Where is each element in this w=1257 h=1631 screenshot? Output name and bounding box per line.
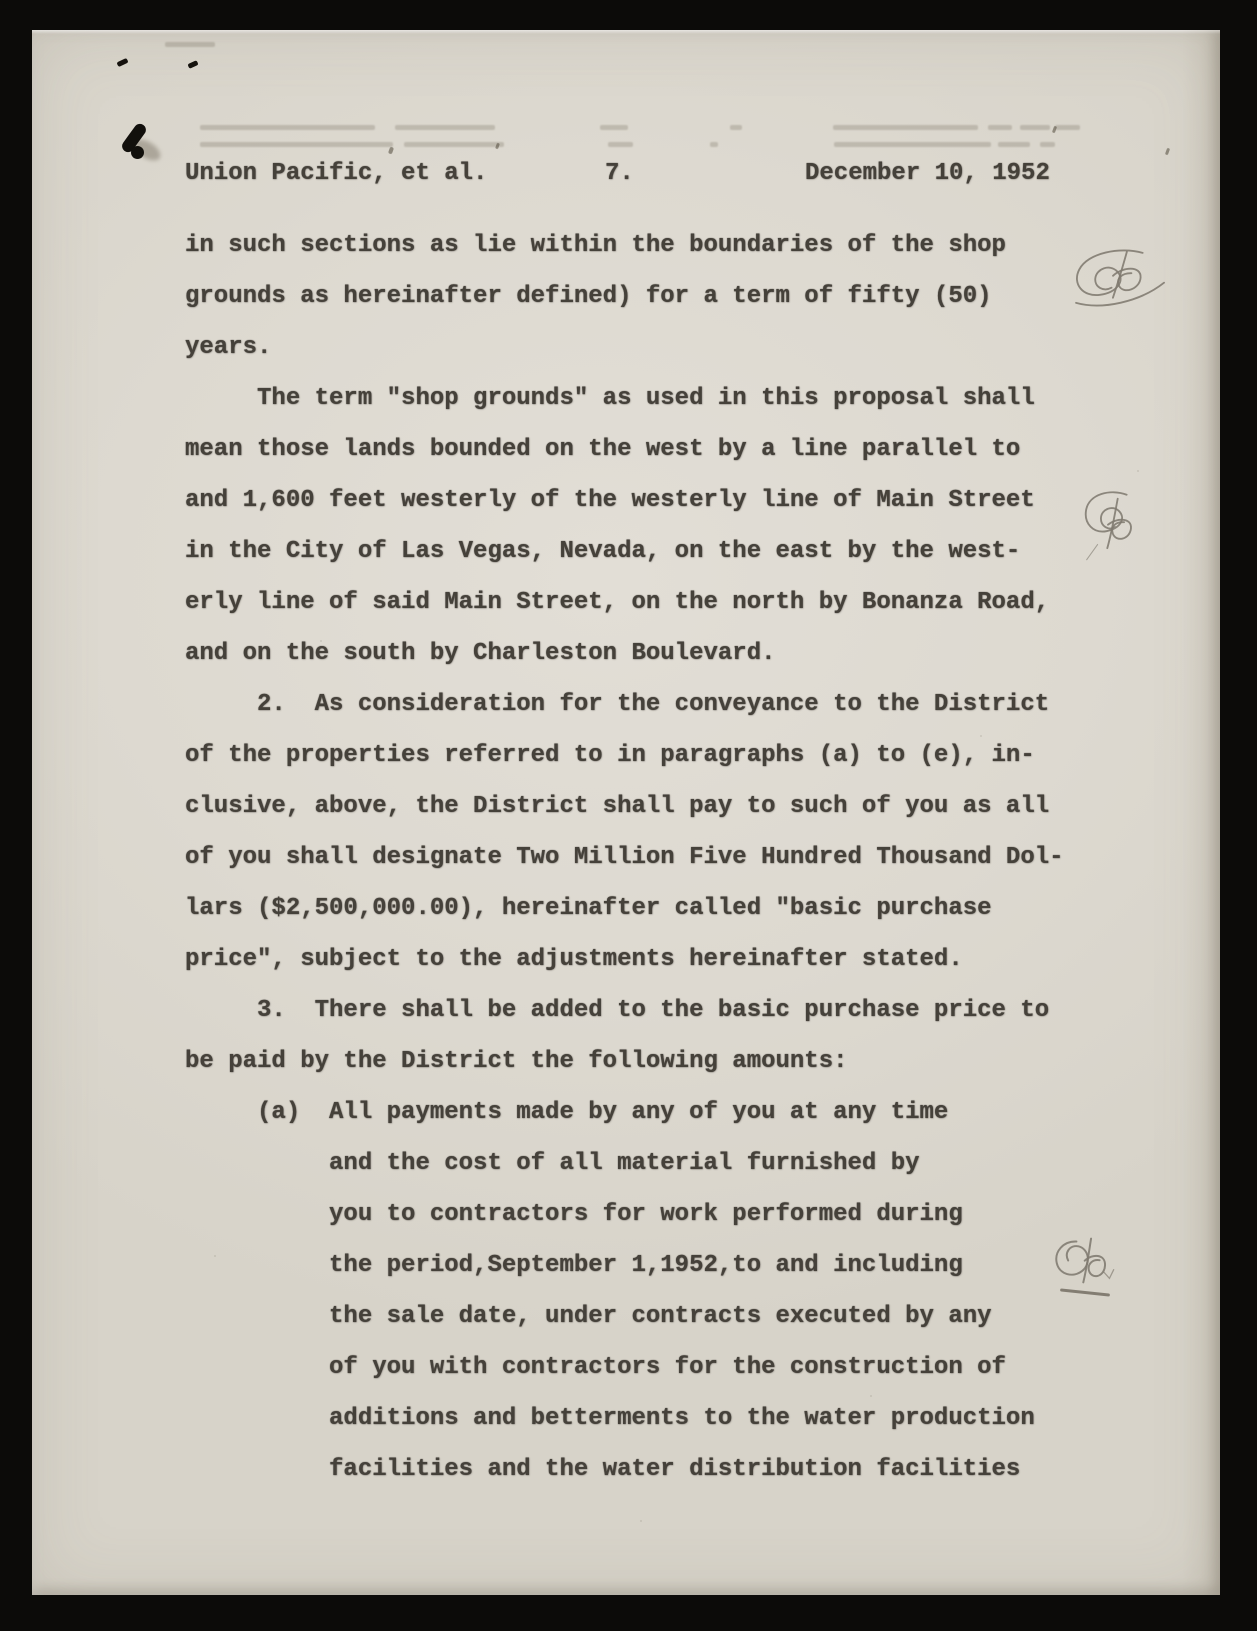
ghost-punctuation-speck <box>388 147 394 155</box>
typewritten-line: and on the south by Charleston Boulevard… <box>185 628 1064 679</box>
typewritten-line: (a) All payments made by any of you at a… <box>185 1087 1064 1138</box>
pencil-ok-annotation-3 <box>1048 1227 1119 1293</box>
ghost-text-fragment <box>998 142 1030 147</box>
ghost-text-fragment <box>600 125 628 130</box>
ghost-text-fragment <box>1020 125 1050 130</box>
ghost-text-fragment <box>730 125 742 130</box>
typewritten-line: 2. As consideration for the conveyance t… <box>185 679 1064 730</box>
typewritten-line: of the properties referred to in paragra… <box>185 730 1064 781</box>
ghost-text-fragment <box>988 125 1012 130</box>
ghost-text-fragment <box>404 142 504 147</box>
typewritten-line: the period,September 1,1952,to and inclu… <box>185 1240 1064 1291</box>
document-page: Union Pacific, et al. 7. December 10, 19… <box>32 30 1220 1595</box>
paper-right-edge-shading <box>1182 30 1220 1595</box>
ghost-text-fragment <box>1055 125 1080 130</box>
typewritten-line: erly line of said Main Street, on the no… <box>185 577 1064 628</box>
typewritten-line: in such sections as lie within the bound… <box>185 220 1064 271</box>
ghost-text-fragment <box>710 142 718 147</box>
document-date: December 10, 1952 <box>805 162 1050 186</box>
ghost-punctuation-speck <box>1165 148 1170 156</box>
typewritten-line: be paid by the District the following am… <box>185 1036 1064 1087</box>
document-body: in such sections as lie within the bound… <box>185 220 1064 1495</box>
pencil-ok-annotation-1 <box>1054 238 1177 315</box>
ink-speck <box>187 60 198 69</box>
typewritten-line: lars ($2,500,000.00), hereinafter called… <box>185 883 1064 934</box>
ink-speck <box>116 58 128 67</box>
typewritten-line: and 1,600 feet westerly of the westerly … <box>185 475 1064 526</box>
ghost-text-fragment <box>165 42 215 47</box>
typewritten-line: additions and betterments to the water p… <box>185 1393 1064 1444</box>
paper-speck <box>1137 470 1139 472</box>
typewritten-line: of you with contractors for the construc… <box>185 1342 1064 1393</box>
typewritten-line: in the City of Las Vegas, Nevada, on the… <box>185 526 1064 577</box>
typewritten-line: mean those lands bounded on the west by … <box>185 424 1064 475</box>
typewritten-line: and the cost of all material furnished b… <box>185 1138 1064 1189</box>
typewritten-line: price", subject to the adjustments herei… <box>185 934 1064 985</box>
paper-top-edge-highlight <box>32 30 1220 34</box>
ghost-text-fragment <box>1040 142 1055 147</box>
typewritten-line: of you shall designate Two Million Five … <box>185 832 1064 883</box>
document-title: Union Pacific, et al. <box>185 162 487 186</box>
ghost-text-fragment <box>200 142 393 147</box>
typewritten-line: years. <box>185 322 1064 373</box>
ghost-text-fragment <box>608 142 633 147</box>
typewritten-line: the sale date, under contracts executed … <box>185 1291 1064 1342</box>
scan-background: Union Pacific, et al. 7. December 10, 19… <box>0 0 1257 1631</box>
ink-blot <box>131 146 144 159</box>
page-number: 7. <box>605 162 634 186</box>
pencil-ok-annotation-2 <box>1076 483 1146 565</box>
ghost-text-fragment <box>395 125 495 130</box>
paper-speck <box>640 1520 642 1522</box>
ghost-text-fragment <box>834 142 991 147</box>
typewritten-line: grounds as hereinafter defined) for a te… <box>185 271 1064 322</box>
typewritten-line: The term "shop grounds" as used in this … <box>185 373 1064 424</box>
typewritten-line: clusive, above, the District shall pay t… <box>185 781 1064 832</box>
typewritten-line: you to contractors for work performed du… <box>185 1189 1064 1240</box>
typewritten-line: facilities and the water distribution fa… <box>185 1444 1064 1495</box>
ghost-text-fragment <box>200 125 375 130</box>
typewritten-line: 3. There shall be added to the basic pur… <box>185 985 1064 1036</box>
ghost-text-fragment <box>833 125 978 130</box>
